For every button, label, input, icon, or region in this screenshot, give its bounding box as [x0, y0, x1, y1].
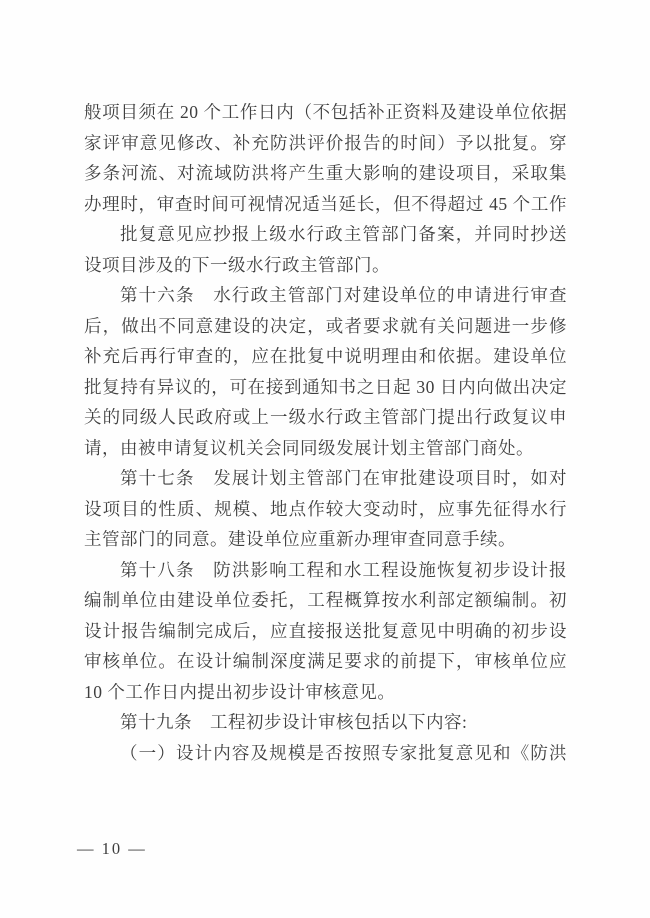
text-line: 10 个工作日内提出初步设计审核意见。 — [84, 677, 567, 708]
text-line: 审核单位。在设计编制深度满足要求的前提下，审核单位应在 — [84, 646, 567, 677]
text-line: 后，做出不同意建设的决定，或者要求就有关问题进一步修改 — [84, 311, 567, 342]
text-line: 补充后再行审查的，应在批复中说明理由和依据。建设单位对 — [84, 341, 567, 372]
text-line: 请，由被申请复议机关会同同级发展计划主管部门商处。 — [84, 433, 567, 464]
text-line: 编制单位由建设单位委托，工程概算按水利部定额编制。初步 — [84, 585, 567, 616]
text-line: 关的同级人民政府或上一级水行政主管部门提出行政复议申 — [84, 402, 567, 433]
text-line: 第十七条 发展计划主管部门在审批建设项目时，如对建 — [84, 463, 567, 494]
document-body: 般项目须在 20 个工作日内（不包括补正资料及建设单位依据专 家评审意见修改、补… — [84, 97, 567, 768]
text-line: 批复意见应抄报上级水行政主管部门备案，并同时抄送建 — [84, 219, 567, 250]
text-line: （一）设计内容及规模是否按照专家批复意见和《防洪评 — [84, 738, 567, 769]
text-line: 主管部门的同意。建设单位应重新办理审查同意手续。 — [84, 524, 567, 555]
text-line: 第十九条 工程初步设计审核包括以下内容: — [84, 707, 567, 738]
text-line: 办理时，审查时间可视情况适当延长，但不得超过 45 个工作日。 — [84, 189, 567, 220]
text-line: 第十八条 防洪影响工程和水工程设施恢复初步设计报告 — [84, 555, 567, 586]
text-line: 第十六条 水行政主管部门对建设单位的申请进行审查 — [84, 280, 567, 311]
text-line: 批复持有异议的，可在接到通知书之日起 30 日内向做出决定机 — [84, 372, 567, 403]
text-line: 多条河流、对流域防洪将产生重大影响的建设项目，采取集中 — [84, 158, 567, 189]
text-line: 般项目须在 20 个工作日内（不包括补正资料及建设单位依据专 — [84, 97, 567, 128]
page-number: — 10 — — [77, 838, 147, 860]
text-line: 设项目涉及的下一级水行政主管部门。 — [84, 250, 567, 281]
text-line: 设计报告编制完成后，应直接报送批复意见中明确的初步设计 — [84, 616, 567, 647]
text-line: 家评审意见修改、补充防洪评价报告的时间）予以批复。穿跨 — [84, 128, 567, 159]
text-line: 设项目的性质、规模、地点作较大变动时，应事先征得水行政 — [84, 494, 567, 525]
document-page: 般项目须在 20 个工作日内（不包括补正资料及建设单位依据专 家评审意见修改、补… — [0, 0, 650, 918]
